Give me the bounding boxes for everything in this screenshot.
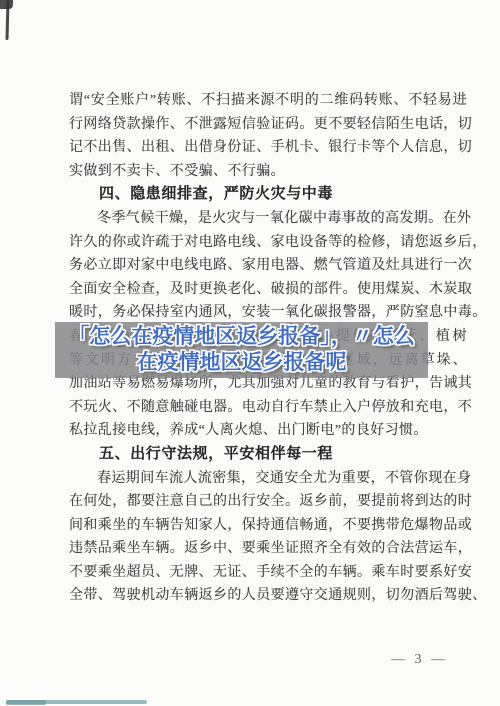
- text-line: 实做到不卖卡、不受骗、不行骗。: [69, 160, 467, 184]
- scan-mark-topleft-line: [5, 0, 9, 40]
- text-line: 春运期间车流人流密集，交通安全尤为重要，不管你现在身: [69, 467, 467, 491]
- page-number: — 3 —: [391, 652, 448, 668]
- text-line: 不玩火、不随意触碰电器。电动自行车禁止入户停放和充电，不: [69, 396, 467, 420]
- scan-smudge-bottomleft-dark: [6, 700, 46, 705]
- document-page: 谓“安全账户”转账、不扫描来源不明的二维码转账、不轻易进 行网络贷款操作、不泄露…: [0, 0, 500, 706]
- text-line: 在何处，都要注意自己的出行安全。返乡前，要提前将到达的时: [69, 490, 467, 514]
- text-line: 私拉乱接电线，养成“人离火熄、出门断电”的良好习惯。: [69, 419, 467, 443]
- heading-section-4: 四、隐患细排查，严防火灾与中毒: [69, 183, 467, 207]
- text-line: 记不出售、出租、出借身份证、手机卡、银行卡等个人信息，切: [69, 136, 467, 160]
- text-line: 违禁品乘坐车辆。返乡中、要乘坐证照齐全有效的合法营运车，: [69, 537, 467, 561]
- text-line: 全面安全检查，及时更换老化、破损的部件。使用煤炭、木炭取: [69, 278, 467, 302]
- text-line: 冬季气候干燥，是火灾与一氧化碳中毒事故的高发期。在外: [69, 207, 467, 231]
- text-line: 不要乘坐超员、无牌、无证、手续不全的车辆。乘车时要系好安: [69, 561, 467, 585]
- heading-section-5: 五、出行守法规，平安相伴每一程: [69, 443, 467, 467]
- overlay-band: 「怎么在疫情地区返乡报备」，〃怎么 在疫情地区返乡报备呢: [55, 322, 428, 378]
- text-line: 务必立即对家中电线电路、家用电器、燃气管道及灶具进行一次: [69, 254, 467, 278]
- text-line: 许久的你或许疏于对电路电线、家电设备等的检修，请您返乡后，: [69, 231, 467, 255]
- text-line: 间和乘坐的车辆告知家人，保持通信畅通，不要携带危爆物品或: [69, 514, 467, 538]
- overlay-title-line2: 在疫情地区返乡报备呢: [137, 350, 347, 376]
- text-line: 行网络贷款操作、不泄露短信验证码。更不要轻信陌生电话，切: [69, 113, 467, 137]
- text-line: 谓“安全账户”转账、不扫描来源不明的二维码转账、不轻易进: [69, 89, 467, 113]
- text-line: 全带、驾驶机动车辆返乡的人员要遵守交通规则，切勿酒后驾驶、: [69, 584, 467, 608]
- overlay-title-line1: 「怎么在疫情地区返乡报备」，〃怎么: [68, 324, 415, 350]
